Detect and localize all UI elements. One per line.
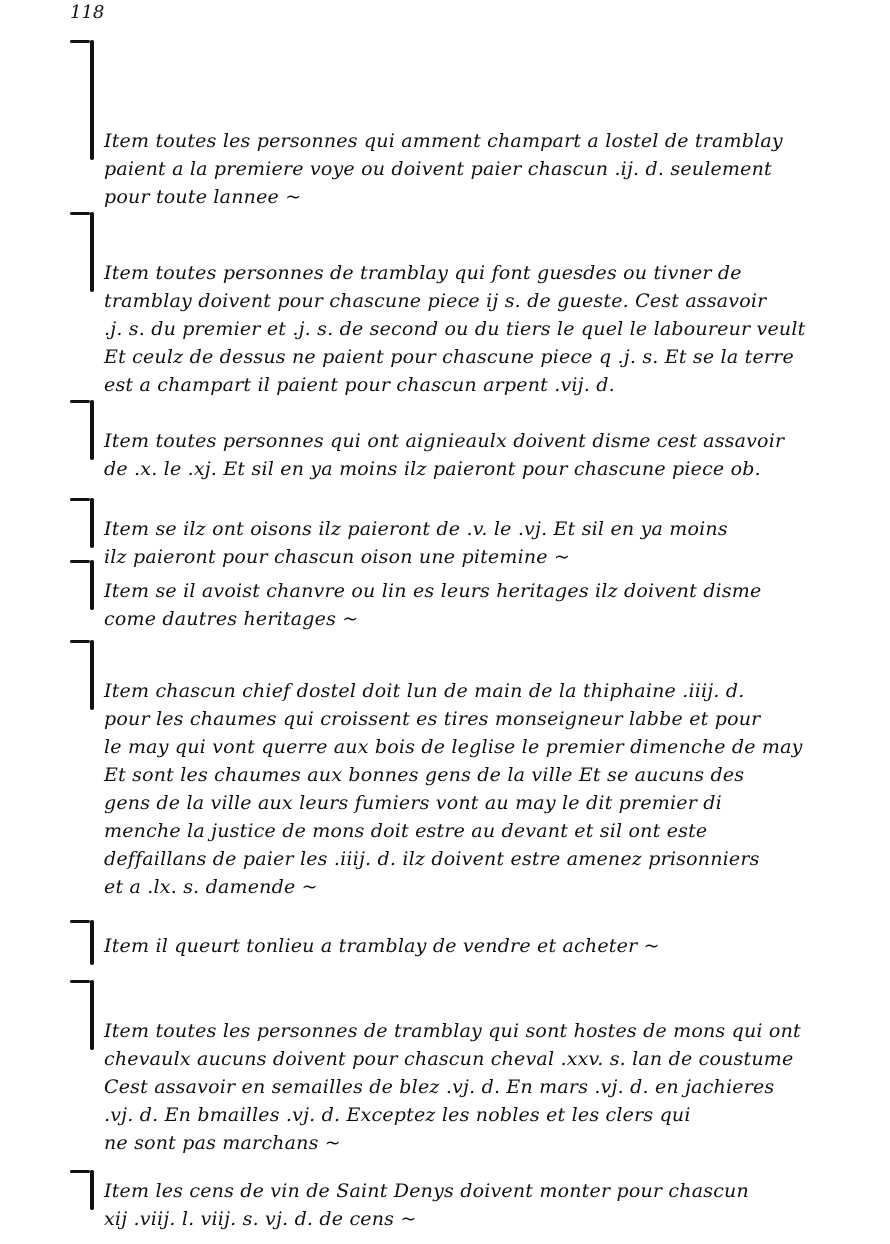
manuscript-line: .j. s. du premier et .j. s. de second ou… bbox=[104, 318, 805, 340]
manuscript-line: ne sont pas marchans ~ bbox=[104, 1132, 341, 1154]
manuscript-line: Item se il avoist chanvre ou lin es leur… bbox=[104, 580, 761, 602]
manuscript-line: come dautres heritages ~ bbox=[104, 608, 358, 630]
initial-flourish bbox=[70, 920, 90, 923]
initial-flourish bbox=[70, 1170, 90, 1173]
manuscript-line: paient a la premiere voye ou doivent pai… bbox=[104, 158, 772, 180]
manuscript-line: Item toutes personnes qui ont aignieaulx… bbox=[104, 430, 784, 452]
manuscript-line: Item toutes personnes de tramblay qui fo… bbox=[104, 262, 742, 284]
item-initial-stroke bbox=[90, 40, 94, 160]
item-initial-stroke bbox=[90, 498, 94, 548]
initial-flourish bbox=[70, 212, 90, 215]
manuscript-line: Et sont les chaumes aux bonnes gens de l… bbox=[104, 764, 744, 786]
manuscript-line: Item il queurt tonlieu a tramblay de ven… bbox=[104, 935, 660, 957]
item-initial-stroke bbox=[90, 980, 94, 1050]
manuscript-line: Item toutes les personnes qui amment cha… bbox=[104, 130, 783, 152]
manuscript-line: Et ceulz de dessus ne paient pour chascu… bbox=[104, 346, 794, 368]
manuscript-line: le may qui vont querre aux bois de legli… bbox=[104, 736, 803, 758]
manuscript-line: ilz paieront pour chascun oison une pite… bbox=[104, 546, 570, 568]
manuscript-line: Item chascun chief dostel doit lun de ma… bbox=[104, 680, 744, 702]
manuscript-line: de .x. le .xj. Et sil en ya moins ilz pa… bbox=[104, 458, 761, 480]
item-initial-stroke bbox=[90, 212, 94, 292]
initial-flourish bbox=[70, 640, 90, 643]
manuscript-line: menche la justice de mons doit estre au … bbox=[104, 820, 707, 842]
manuscript-line: tramblay doivent pour chascune piece ij … bbox=[104, 290, 766, 312]
manuscript-line: xij .viij. l. viij. s. vj. d. de cens ~ bbox=[104, 1208, 417, 1230]
folio-number: 118 bbox=[70, 2, 104, 23]
initial-flourish bbox=[70, 498, 90, 501]
manuscript-line: pour toute lannee ~ bbox=[104, 186, 301, 208]
manuscript-line: est a champart il paient pour chascun ar… bbox=[104, 374, 615, 396]
manuscript-line: chevaulx aucuns doivent pour chascun che… bbox=[104, 1048, 793, 1070]
item-initial-stroke bbox=[90, 920, 94, 965]
manuscript-line: pour les chaumes qui croissent es tires … bbox=[104, 708, 760, 730]
manuscript-line: Item se ilz ont oisons ilz paieront de .… bbox=[104, 518, 728, 540]
item-initial-stroke bbox=[90, 1170, 94, 1210]
manuscript-line: Cest assavoir en semailles de blez .vj. … bbox=[104, 1076, 774, 1098]
item-initial-stroke bbox=[90, 560, 94, 610]
manuscript-line: deffaillans de paier les .iiij. d. ilz d… bbox=[104, 848, 760, 870]
initial-flourish bbox=[70, 560, 90, 563]
item-initial-stroke bbox=[90, 400, 94, 460]
item-initial-stroke bbox=[90, 640, 94, 710]
initial-flourish bbox=[70, 980, 90, 983]
manuscript-line: Item toutes les personnes de tramblay qu… bbox=[104, 1020, 801, 1042]
initial-flourish bbox=[70, 400, 90, 403]
initial-flourish bbox=[70, 40, 90, 43]
manuscript-line: .vj. d. En bmailles .vj. d. Exceptez les… bbox=[104, 1104, 691, 1126]
manuscript-line: gens de la ville aux leurs fumiers vont … bbox=[104, 792, 722, 814]
manuscript-line: et a .lx. s. damende ~ bbox=[104, 876, 318, 898]
manuscript-line: Item les cens de vin de Saint Denys doiv… bbox=[104, 1180, 749, 1202]
